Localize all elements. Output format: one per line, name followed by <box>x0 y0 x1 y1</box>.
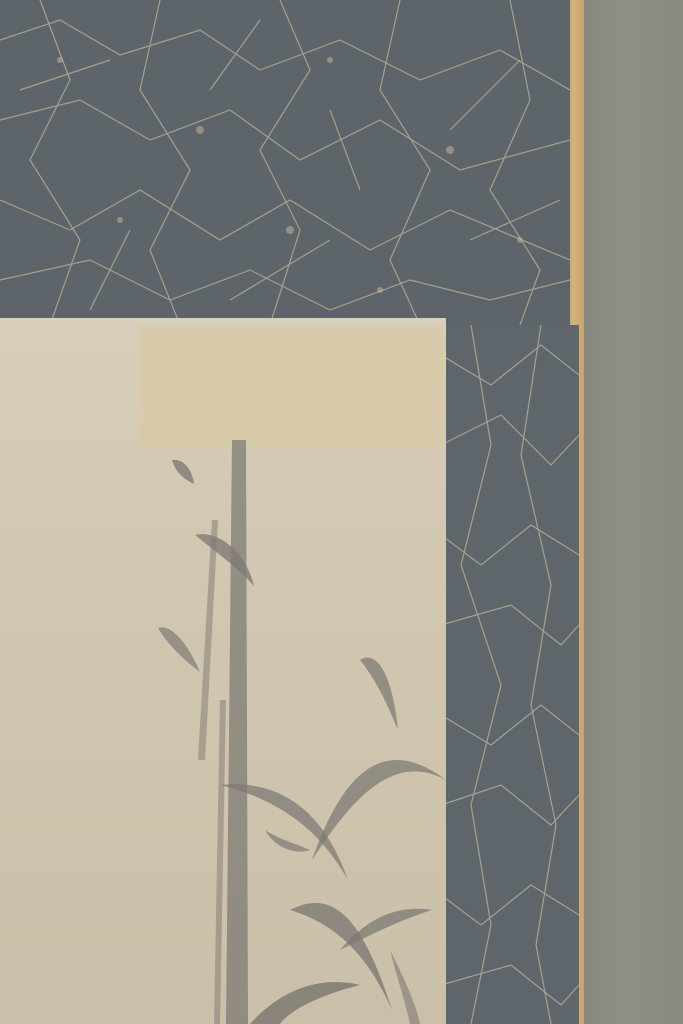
crackle-pattern-right <box>441 325 579 1024</box>
background-wall <box>582 0 683 1024</box>
ink-bamboo-painting <box>0 318 446 1024</box>
crackle-pattern <box>0 0 570 325</box>
scroll-mount-top <box>0 0 570 325</box>
scroll-mount-right <box>441 325 579 1024</box>
